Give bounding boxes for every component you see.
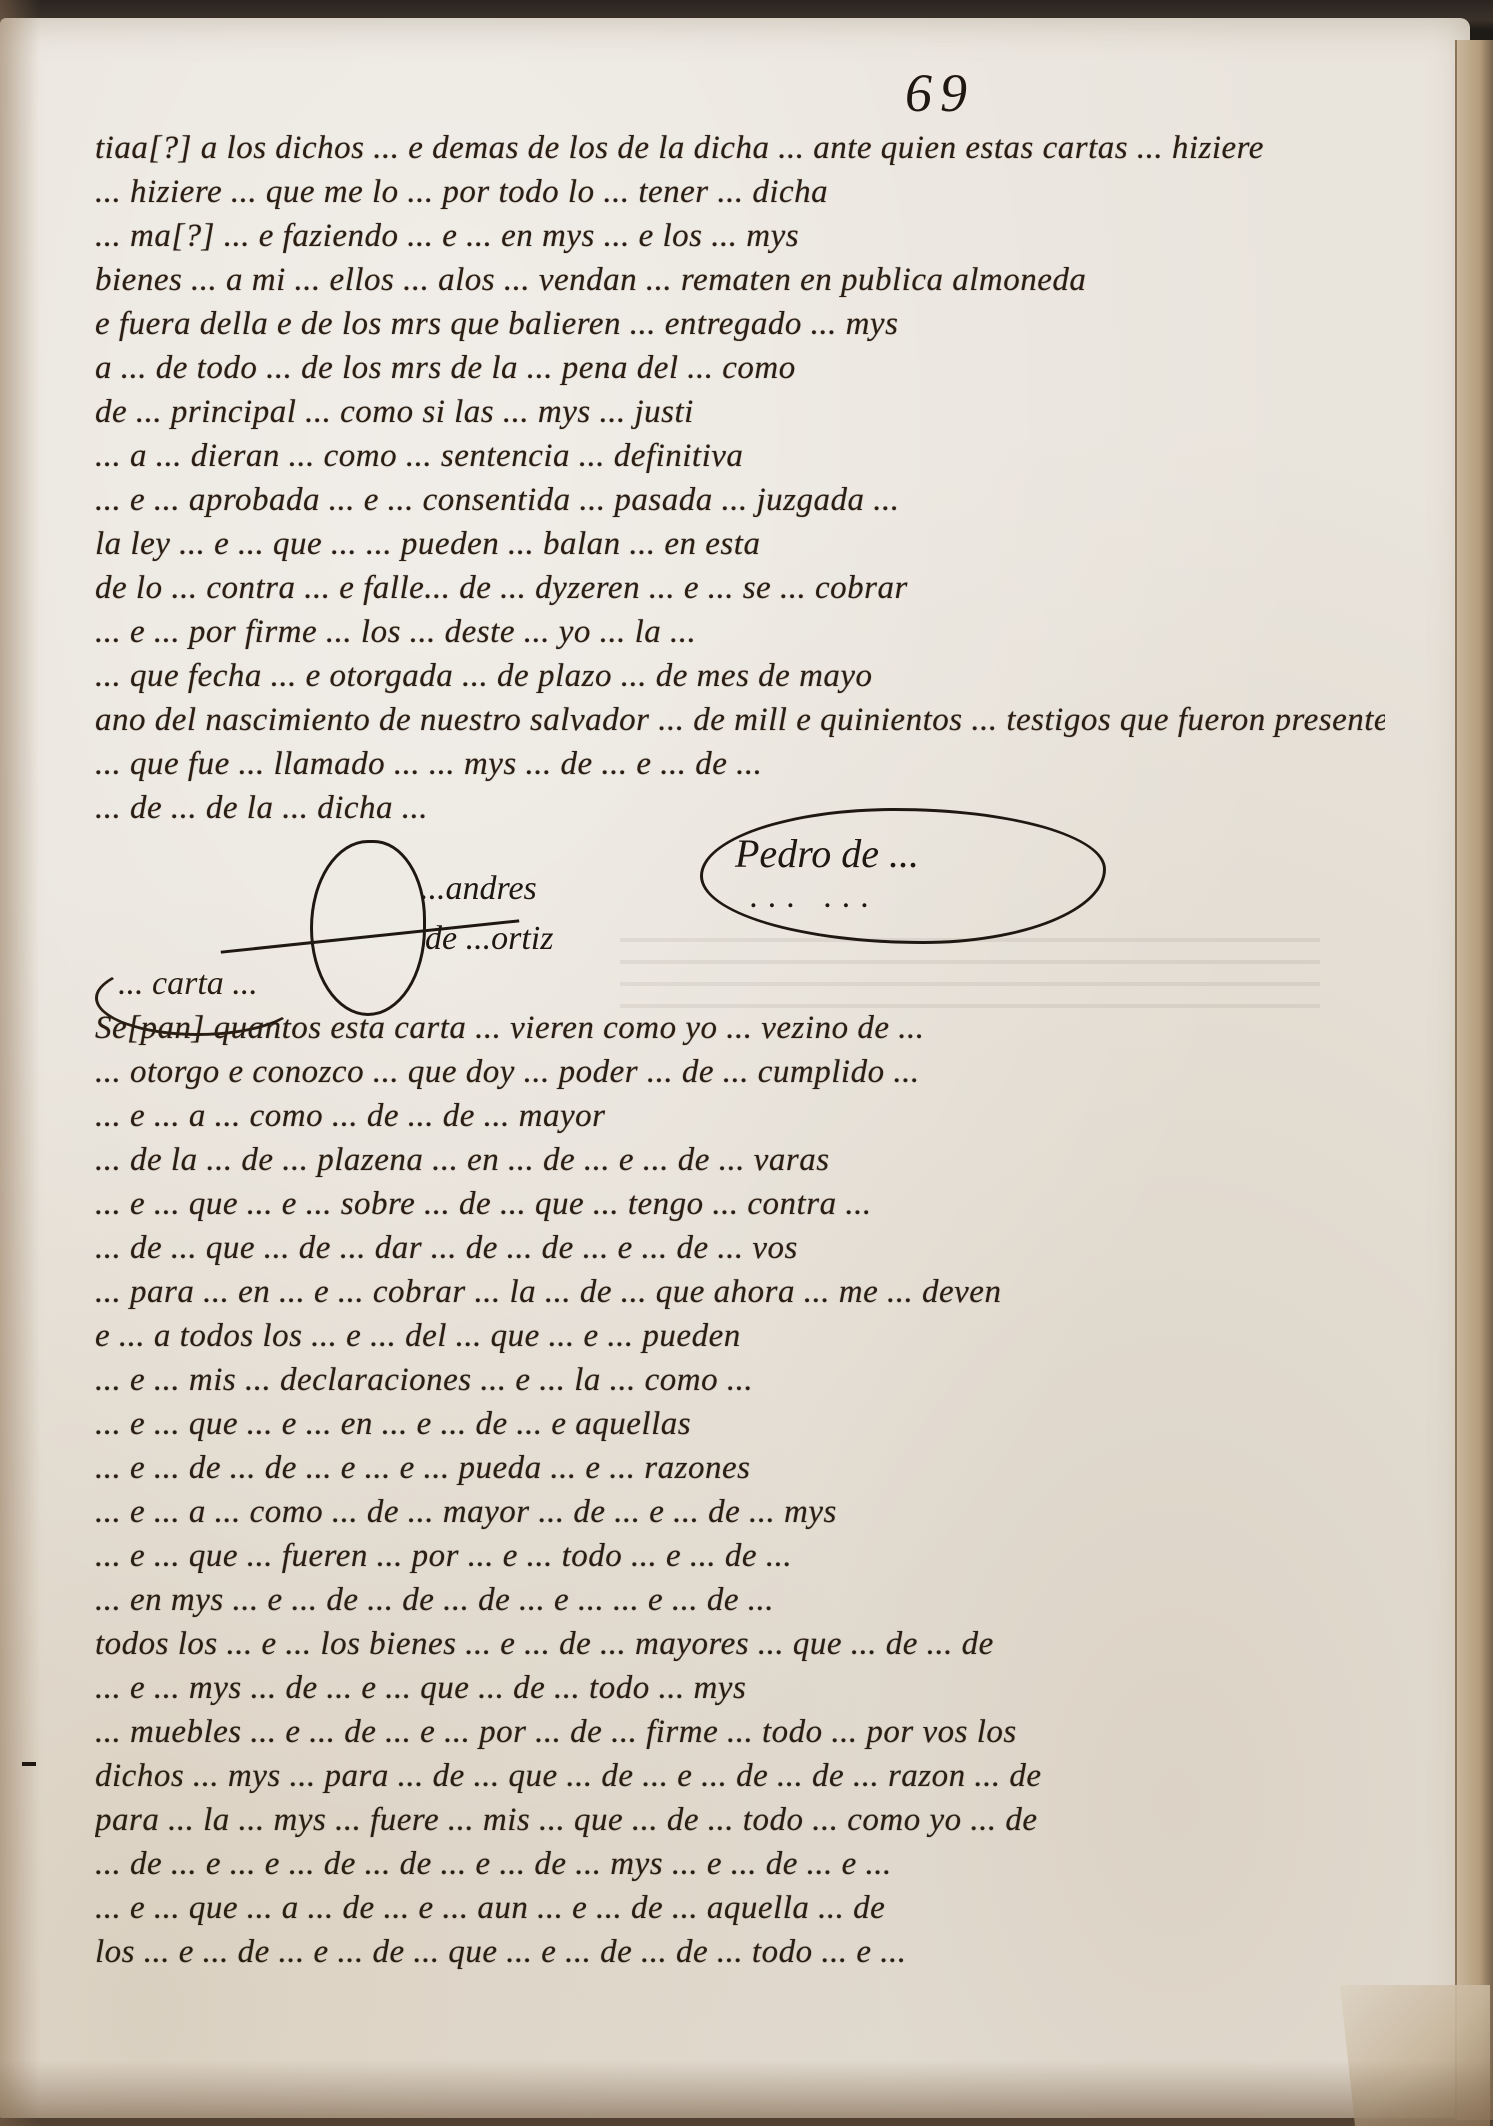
margin-mark xyxy=(22,1762,36,1766)
signature-left: ...andres de ...ortiz xyxy=(310,840,640,990)
binding-strip xyxy=(1455,40,1493,2120)
text-line: la ley ... e ... que ... ... pueden ... … xyxy=(95,526,1395,563)
text-line: de lo ... contra ... e falle... de ... d… xyxy=(95,570,1395,607)
bottom-edge-stain xyxy=(0,2060,1493,2126)
text-line: ... e ... que ... fueren ... por ... e .… xyxy=(95,1538,1405,1575)
text-line: ... e ... que ... e ... en ... e ... de … xyxy=(95,1406,1405,1443)
text-line: bienes ... a mi ... ellos ... alos ... v… xyxy=(95,262,1385,299)
text-line: ... e ... a ... como ... de ... mayor ..… xyxy=(95,1494,1405,1531)
text-line: todos los ... e ... los bienes ... e ...… xyxy=(95,1626,1405,1663)
text-line: ... a ... dieran ... como ... sentencia … xyxy=(95,438,1345,475)
text-line: los ... e ... de ... e ... de ... que ..… xyxy=(95,1934,1405,1971)
text-line: para ... la ... mys ... fuere ... mis ..… xyxy=(95,1802,1405,1839)
section-rubric: ... carta ... xyxy=(118,965,258,1003)
signature-name-line: Pedro de ... xyxy=(735,830,919,877)
text-line: ... otorgo e conozco ... que doy ... pod… xyxy=(95,1054,1395,1091)
text-line: ... e ... que ... a ... de ... e ... aun… xyxy=(95,1890,1405,1927)
text-line: tiaa[?] a los dichos ... e demas de los … xyxy=(95,130,1395,167)
text-line: ... de ... que ... de ... dar ... de ...… xyxy=(95,1230,1405,1267)
text-line: ... e ... aprobada ... e ... consentida … xyxy=(95,482,1335,519)
text-line: ... que fue ... llamado ... ... mys ... … xyxy=(95,746,1385,783)
signature-name-line: ... ... xyxy=(750,878,880,916)
text-line: ... de ... e ... e ... de ... de ... e .… xyxy=(95,1846,1405,1883)
text-line: a ... de todo ... de los mrs de la ... p… xyxy=(95,350,1395,387)
text-line: ... e ... de ... de ... e ... e ... pued… xyxy=(95,1450,1395,1487)
text-line: ... muebles ... e ... de ... e ... por .… xyxy=(95,1714,1405,1751)
text-line: ... e ... mis ... declaraciones ... e ..… xyxy=(95,1362,1405,1399)
text-line: e ... a todos los ... e ... del ... que … xyxy=(95,1318,1395,1355)
text-line: ... de ... de la ... dicha ... xyxy=(95,790,735,827)
text-line: ... e ... mys ... de ... e ... que ... d… xyxy=(95,1670,1415,1707)
text-line: ... para ... en ... e ... cobrar ... la … xyxy=(95,1274,1405,1311)
text-line: ... e ... que ... e ... sobre ... de ...… xyxy=(95,1186,1445,1223)
text-line: ... e ... a ... como ... de ... de ... m… xyxy=(95,1098,1385,1135)
text-line: dichos ... mys ... para ... de ... que .… xyxy=(95,1758,1405,1795)
text-line: de ... principal ... como si las ... mys… xyxy=(95,394,1385,431)
text-line: ano del nascimiento de nuestro salvador … xyxy=(95,702,1385,739)
text-line: ... e ... por firme ... los ... deste ..… xyxy=(95,614,1395,651)
signature-right: Pedro de ... ... ... xyxy=(700,808,1110,943)
folio-number: 69 xyxy=(905,62,975,124)
signature-name-line: de ...ortiz xyxy=(425,920,553,958)
text-line: Se[pan] quantos esta carta ... vieren co… xyxy=(95,1010,1395,1047)
text-line: ... hiziere ... que me lo ... por todo l… xyxy=(95,174,1395,211)
text-line: ... en mys ... e ... de ... de ... de ..… xyxy=(95,1582,1405,1619)
text-line: ... de la ... de ... plazena ... en ... … xyxy=(95,1142,1385,1179)
signature-name-line: ...andres xyxy=(420,870,537,908)
signature-paraph-flourish xyxy=(310,840,426,1016)
text-line: ... ma[?] ... e faziendo ... e ... en my… xyxy=(95,218,1395,255)
text-line: ... que fecha ... e otorgada ... de plaz… xyxy=(95,658,1385,695)
left-edge-stain xyxy=(0,0,40,2126)
text-line: e fuera della e de los mrs que balieren … xyxy=(95,306,1385,343)
